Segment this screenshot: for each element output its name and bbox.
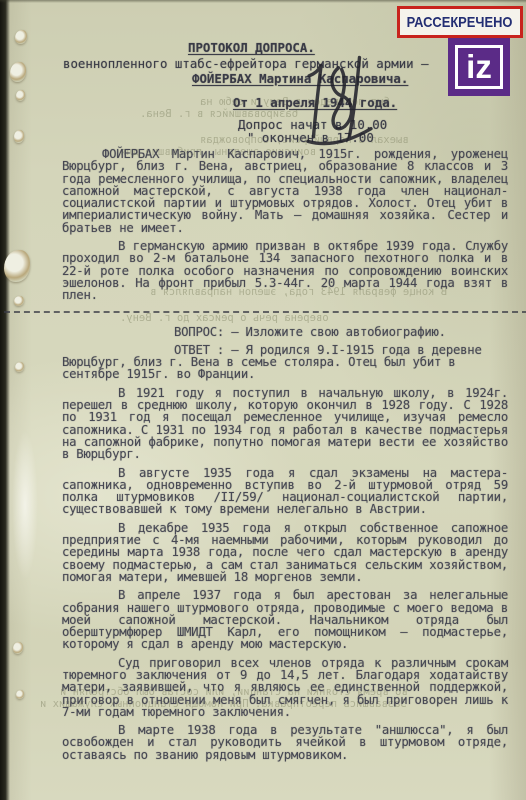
punch-hole [14, 130, 24, 143]
punch-hole [15, 30, 27, 44]
release-paragraph: В марте 1938 года в результате "аншлюсса… [62, 724, 508, 761]
punch-hole [14, 296, 24, 306]
punch-hole [15, 362, 24, 372]
scan-top-shadow [0, 0, 526, 3]
document-title: ПРОТОКОЛ ДОПРОСА. [188, 40, 315, 55]
izvestia-logo: iz [448, 38, 510, 96]
sentence-paragraph: Суд приговорил всех членов отряда к разл… [62, 657, 508, 718]
declassified-stamp: РАССЕКРЕЧЕНО [397, 6, 523, 38]
scanned-protocol-page: был переведен в Вену и себю на базировав… [0, 0, 526, 800]
exam-sa-paragraph: В августе 1935 года я сдал экзамены на м… [62, 467, 508, 516]
biography-summary: ФОЙЕРБАХ Мартин Каспарович, 1915г. рожде… [62, 148, 508, 234]
section-divider [4, 311, 526, 313]
punch-hole [13, 642, 23, 654]
paper-tear [4, 250, 30, 282]
punch-hole [10, 62, 26, 82]
workshop-paragraph: В декабре 1935 года я открыл собственное… [62, 522, 508, 583]
declassified-stamp-label: РАССЕКРЕЧЕНО [407, 14, 513, 31]
punch-hole [16, 90, 25, 101]
answer-paragraph: ОТВЕТ : – Я родился 9.I-1915 года в дере… [62, 344, 508, 381]
school-paragraph: В 1921 году я поступил в начальную школу… [62, 387, 508, 461]
izvestia-logo-letters: iz [463, 52, 495, 82]
protocol-body: ФОЙЕРБАХ Мартин Каспарович, 1915г. рожде… [62, 148, 508, 767]
punch-hole [16, 690, 24, 699]
arrest-paragraph: В апреле 1937 года я был арестован за не… [62, 589, 508, 650]
question-line: ВОПРОС: – Изложите свою автобиографию. [62, 326, 508, 338]
handwritten-mark [293, 52, 382, 152]
army-service-paragraph: В германскую армию призван в октябре 193… [62, 240, 508, 301]
paper-scratch [12, 430, 38, 580]
scan-edge-shadow [0, 0, 10, 800]
